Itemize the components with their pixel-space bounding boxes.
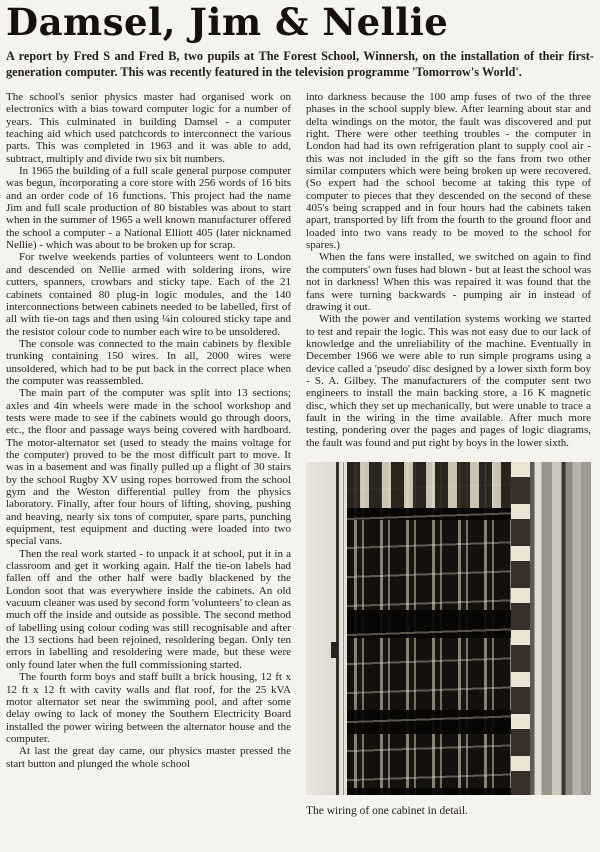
- photo-connector-column: [511, 462, 530, 795]
- photo-caption: The wiring of one cabinet in detail.: [306, 804, 591, 818]
- article-page: Damsel, Jim & Nellie A report by Fred S …: [0, 0, 600, 852]
- body-paragraph: The fourth form boys and staff built a b…: [6, 671, 291, 745]
- right-column: into darkness because the 100 amp fuses …: [306, 91, 591, 818]
- photo-cabinet-latch: [331, 642, 338, 658]
- article-title: Damsel, Jim & Nellie: [6, 0, 594, 44]
- photo-frame-inner-line: [343, 462, 344, 795]
- article-columns: The school's senior physics master had o…: [6, 91, 594, 818]
- body-paragraph: The console was connected to the main ca…: [6, 338, 291, 387]
- article-intro: A report by Fred S and Fred B, two pupil…: [6, 49, 594, 80]
- photo-right-frame: [530, 462, 591, 795]
- body-paragraph: The school's senior physics master had o…: [6, 91, 291, 165]
- body-paragraph: When the fans were installed, we switche…: [306, 251, 591, 313]
- photo-frame-edge-line: [336, 462, 339, 795]
- body-paragraph: Then the real work started - to unpack i…: [6, 548, 291, 671]
- photo-top-module-row: [347, 462, 511, 508]
- body-paragraph: At last the great day came, our physics …: [6, 745, 291, 770]
- body-paragraph: into darkness because the 100 amp fuses …: [306, 91, 591, 251]
- body-paragraph: For twelve weekends parties of volunteer…: [6, 251, 291, 337]
- photo-wiring-area: [347, 462, 511, 795]
- left-column: The school's senior physics master had o…: [6, 91, 291, 818]
- body-paragraph: The main part of the computer was split …: [6, 387, 291, 547]
- cabinet-wiring-photo: [306, 462, 591, 795]
- body-paragraph: With the power and ventilation systems w…: [306, 313, 591, 449]
- body-paragraph: In 1965 the building of a full scale gen…: [6, 165, 291, 251]
